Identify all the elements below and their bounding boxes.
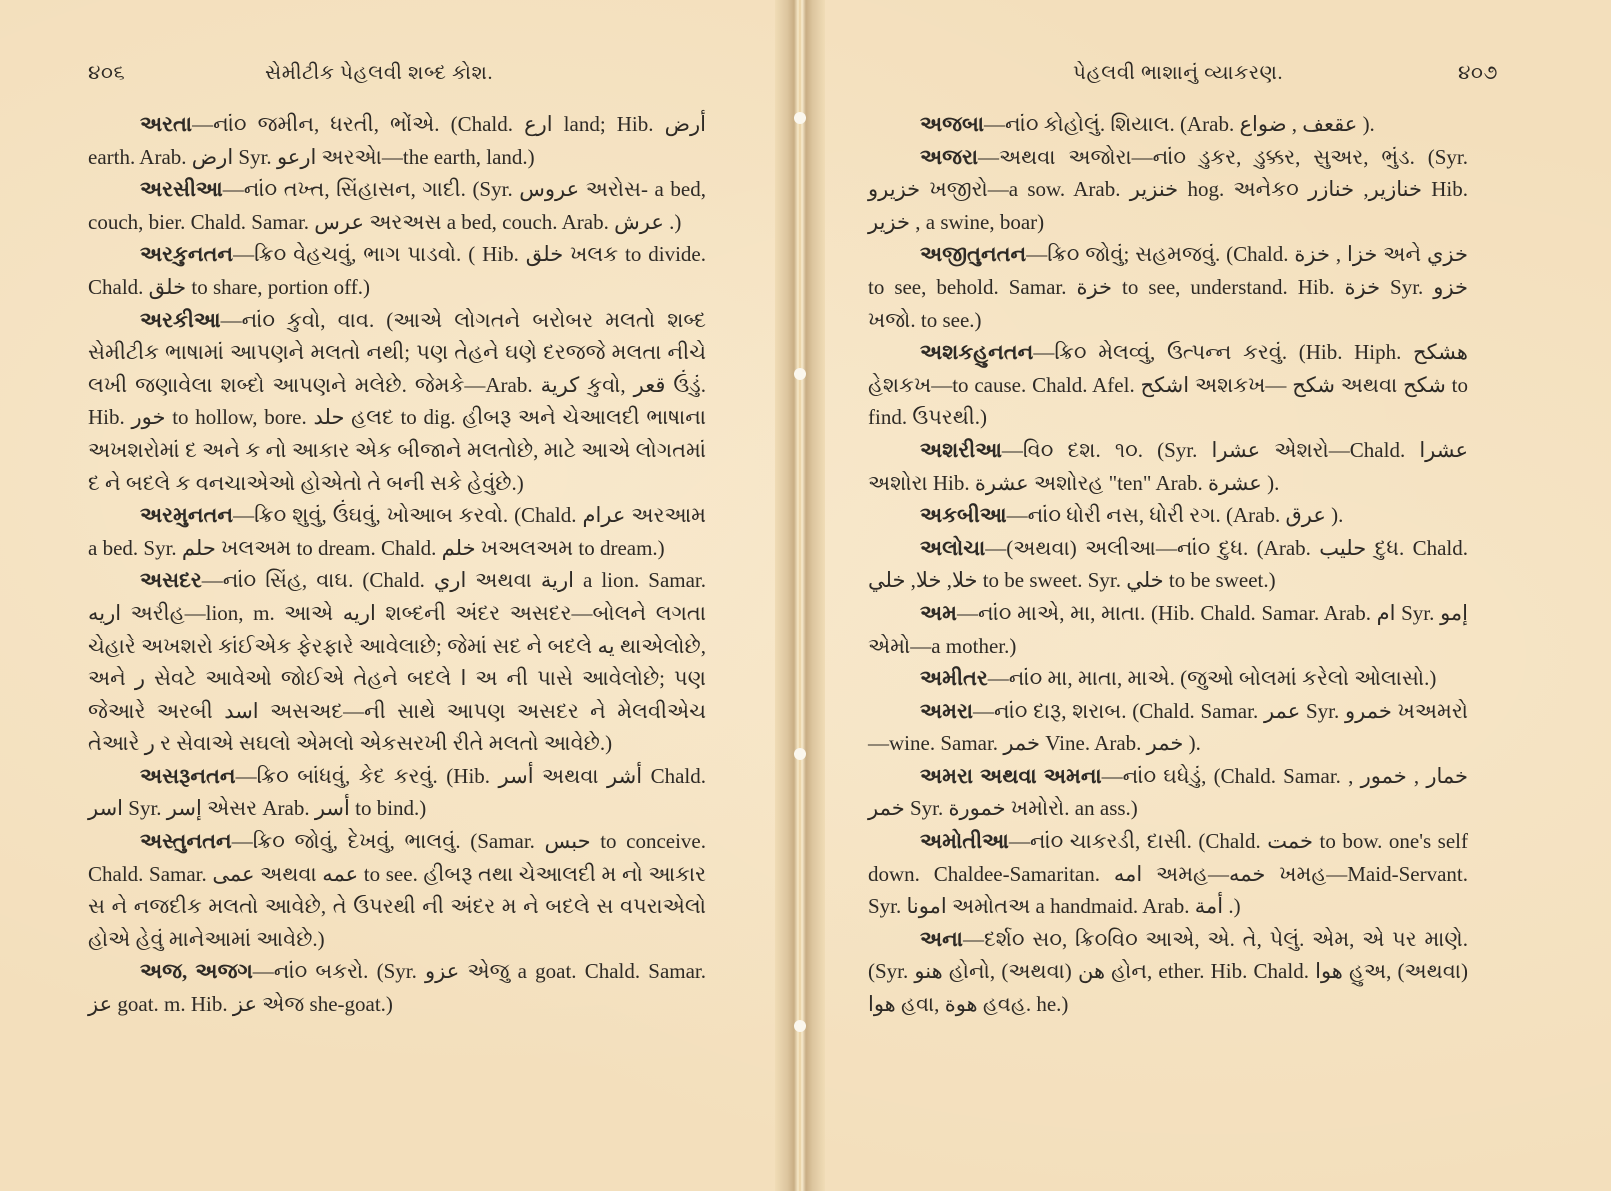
entry-headword: અજ, અજગ [140, 959, 253, 983]
entry-headword: અરતા [140, 112, 192, 136]
dictionary-entry: અલોચા—(અથવા) અલીઆ—નાં૦ દુધ. (Arab. حليب … [868, 532, 1468, 597]
dictionary-entry: અરકીઆ—નાં૦ કુવો, વાવ. (આએ લોગતને બરોબર મ… [88, 304, 706, 500]
entry-headword: અજબા [920, 112, 984, 136]
dictionary-entry: અરકુનતન—ક્રિ૦ વેહચવું, ભાગ પાડવો. ( Hib.… [88, 238, 706, 303]
entry-headword: અસ્તુનતન [140, 829, 232, 853]
binding-stitch [794, 1020, 806, 1032]
left-running-title: સેમીટીક પેહલવી શબ્દ કોશ. [265, 62, 493, 85]
entry-headword: અજરા [920, 145, 978, 169]
entry-definition: —નાં૦ સિંહ, વાઘ. (Chald. اري અથવા ارية a… [88, 568, 706, 755]
entry-definition: —નાં૦ મા, માતા, માએ. (જુઓ બોલમાં કરેલો ઓ… [988, 666, 1437, 690]
dictionary-entry: અશકહુનતન—ક્રિ૦ મેલવ્વું, ઉત્પન્ન કરવું. … [868, 336, 1468, 434]
left-entries: અરતા—નાં૦ જમીન, ધરતી, ભોંએ. (Chald. ارع … [88, 108, 706, 1021]
right-running-title: પેહલવી ભાશાનું વ્યાકરણ. [1073, 62, 1283, 85]
entry-headword: અરકીઆ [140, 308, 221, 332]
binding-stitch [794, 112, 806, 124]
dictionary-entry: અકબીઆ—નાં૦ ધોરી નસ, ધોરી રગ. (Arab. عرق … [868, 499, 1468, 532]
entry-headword: અકબીઆ [920, 503, 1007, 527]
entry-definition: —નાં૦ માએ, મા, માતા. (Hib. Chald. Samar.… [868, 601, 1468, 658]
right-page-number: ૪૦૭ [1458, 62, 1498, 85]
entry-headword: અમોતીઆ [920, 829, 1009, 853]
right-entries: અજબા—નાં૦ કોહોલું. શિયાલ. (Arab. عقعف , … [868, 108, 1468, 1021]
entry-headword: અમીતર [920, 666, 988, 690]
entry-headword: અમરા [920, 699, 973, 723]
dictionary-entry: અસ્તુનતન—ક્રિ૦ જોવું, દેખવું, ભાલવું. (S… [88, 825, 706, 955]
dictionary-entry: અના—દર્શ૦ સ૦, ક્રિ૦વિ૦ આએ, એ. તે, પેલું.… [868, 923, 1468, 1021]
dictionary-entry: અજ, અજગ—નાં૦ બકરો. (Syr. عزو એજુ a goat.… [88, 955, 706, 1020]
left-page-number: ૪૦૬ [88, 62, 125, 85]
entry-headword: અલોચા [920, 536, 985, 560]
entry-headword: અના [920, 927, 963, 951]
dictionary-entry: અમોતીઆ—નાં૦ ચાકરડી, દાસી. (Chald. خمت to… [868, 825, 1468, 923]
right-page: પેહલવી ભાશાનું વ્યાકરણ. ૪૦૭ અજબા—નાં૦ કો… [818, 0, 1611, 1191]
entry-headword: અરમુનતન [140, 503, 233, 527]
dictionary-entry: અરમુનતન—ક્રિ૦ શુવું, ઉંઘવું, ખોઆબ કરવો. … [88, 499, 706, 564]
entry-headword: અરકુનતન [140, 242, 233, 266]
entry-definition: —નાં૦ કોહોલું. શિયાલ. (Arab. عقعف , ضواع… [984, 112, 1375, 136]
entry-headword: અરસીઆ [140, 177, 223, 201]
dictionary-entry: અમરા—નાં૦ દારૂ, શરાબ. (Chald. Samar. عمر… [868, 695, 1468, 760]
binding-stitch [794, 368, 806, 380]
entry-headword: અશરીઆ [920, 438, 1002, 462]
entry-headword: અમરા અથવા અમના [920, 764, 1102, 788]
dictionary-entry: અસરૂનતન—ક્રિ૦ બાંધવું, કેદ કરવું. (Hib. … [88, 760, 706, 825]
dictionary-entry: અજરા—અથવા અજોરા—નાં૦ ડુકર, ડુક્કર, સુઅર,… [868, 141, 1468, 239]
entry-definition: —નાં૦ ધોરી નસ, ધોરી રગ. (Arab. عرق ). [1007, 503, 1344, 527]
entry-definition: —નાં૦ કુવો, વાવ. (આએ લોગતને બરોબર મલતો શ… [88, 308, 706, 495]
dictionary-entry: અરતા—નાં૦ જમીન, ધરતી, ભોંએ. (Chald. ارع … [88, 108, 706, 173]
dictionary-entry: અરસીઆ—નાં૦ તખ્ત, સિંહાસન, ગાદી. (Syr. عر… [88, 173, 706, 238]
entry-headword: અજીતુનતન [920, 242, 1026, 266]
left-page: ૪૦૬ સેમીટીક પેહલવી શબ્દ કોશ. અરતા—નાં૦ જ… [0, 0, 790, 1191]
entry-headword: અશકહુનતન [920, 340, 1033, 364]
entry-headword: અસરૂનતન [140, 764, 236, 788]
dictionary-entry: અમ—નાં૦ માએ, મા, માતા. (Hib. Chald. Sama… [868, 597, 1468, 662]
dictionary-entry: અસદર—નાં૦ સિંહ, વાઘ. (Chald. اري અથવા ار… [88, 564, 706, 760]
dictionary-entry: અમરા અથવા અમના—નાં૦ ઘધેડું, (Chald. Sama… [868, 760, 1468, 825]
book-spread: ૪૦૬ સેમીટીક પેહલવી શબ્દ કોશ. અરતા—નાં૦ જ… [0, 0, 1611, 1191]
binding-stitch [794, 748, 806, 760]
dictionary-entry: અમીતર—નાં૦ મા, માતા, માએ. (જુઓ બોલમાં કર… [868, 662, 1468, 695]
dictionary-entry: અજીતુનતન—ક્રિ૦ જોવું; સહમજવું. (Chald. خ… [868, 238, 1468, 336]
entry-headword: અમ [920, 601, 957, 625]
entry-headword: અસદર [140, 568, 202, 592]
dictionary-entry: અશરીઆ—વિ૦ દશ. ૧૦. (Syr. عشرا એશરો—Chald.… [868, 434, 1468, 499]
dictionary-entry: અજબા—નાં૦ કોહોલું. શિયાલ. (Arab. عقعف , … [868, 108, 1468, 141]
